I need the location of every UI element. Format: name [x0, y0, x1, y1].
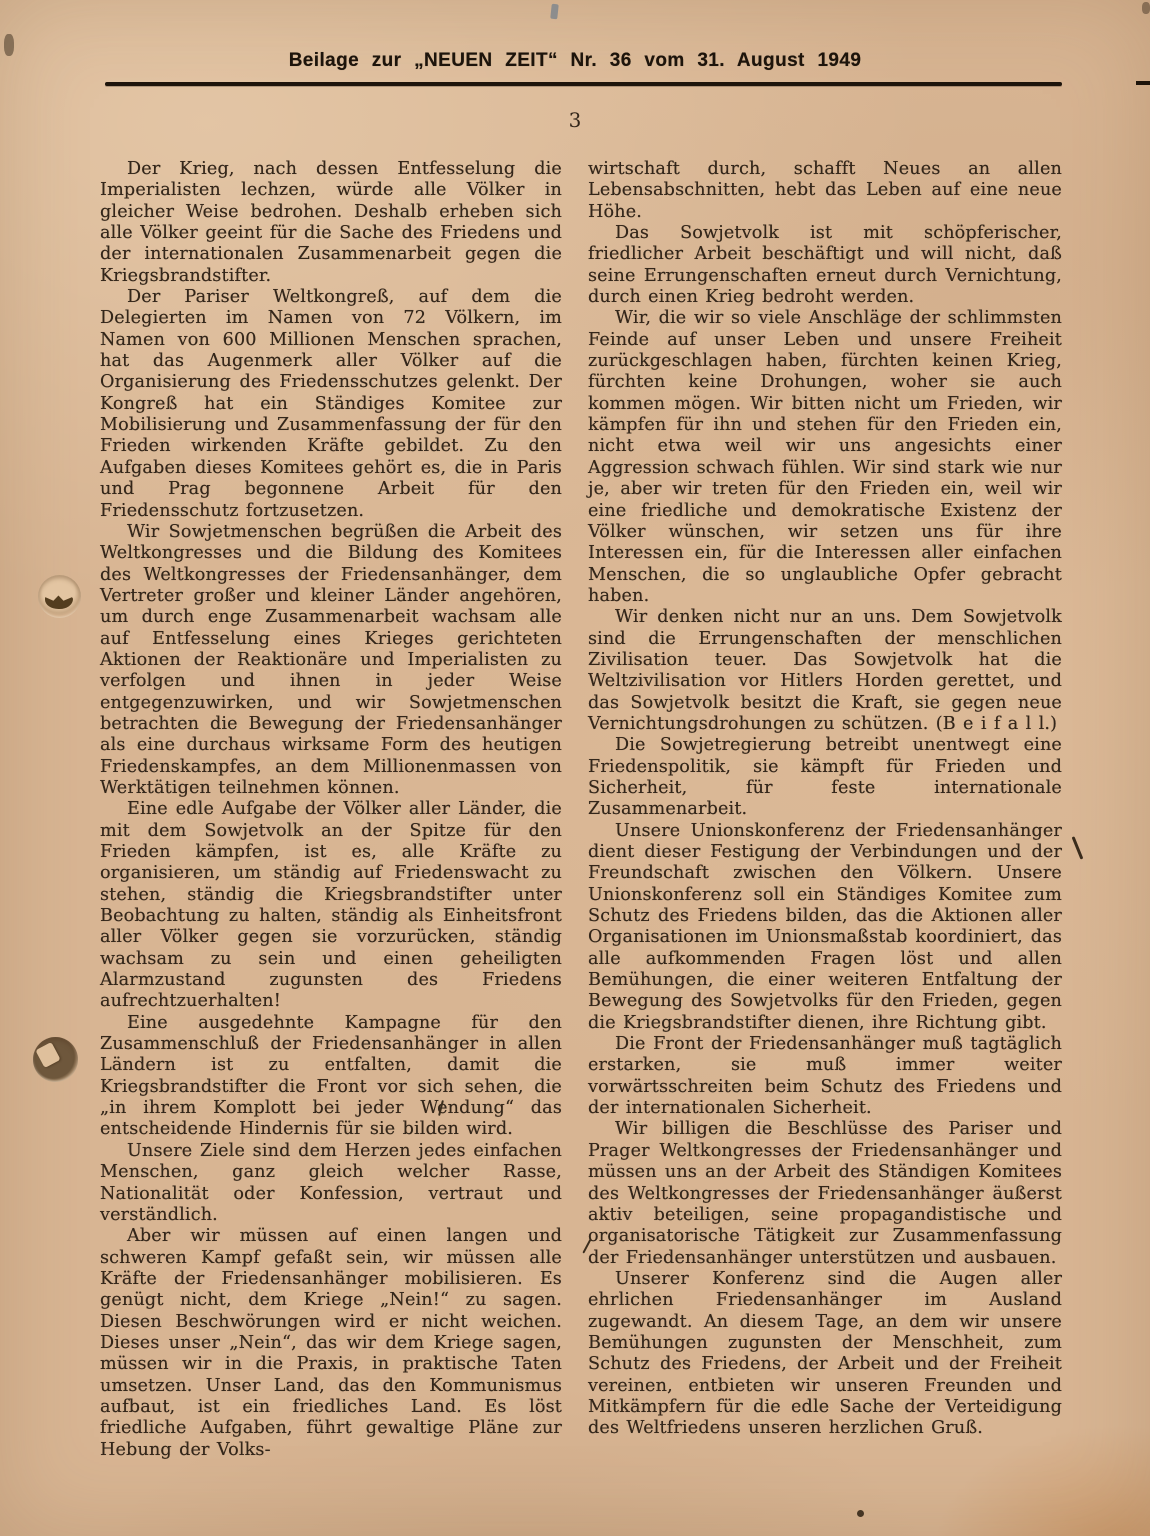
header-rule-fragment — [1136, 81, 1150, 85]
pencil-backslash-mark — [1072, 836, 1083, 859]
paragraph: Wir denken nicht nur an uns. Dem Sowjetv… — [588, 607, 1062, 735]
scan-edge-speck — [1142, 2, 1150, 14]
paragraph-continuation: wirtschaft durch, schafft Neues an allen… — [588, 159, 1062, 223]
text-column-left: Der Krieg, nach dessen Entfesselung die … — [100, 159, 562, 1461]
punch-hole-top — [38, 575, 81, 618]
paragraph: Unserer Konferenz sind die Augen aller e… — [588, 1269, 1062, 1440]
paragraph: Die Sowjetregierung betreibt unentwegt e… — [588, 735, 1062, 820]
text-column-right: wirtschaft durch, schafft Neues an allen… — [588, 159, 1062, 1440]
header-rule — [105, 82, 1062, 86]
masthead: Beilage zur „NEUEN ZEIT“ Nr. 36 vom 31. … — [0, 50, 1150, 72]
paragraph: Die Front der Friedensanhänger muß tagtä… — [588, 1034, 1062, 1119]
ink-dot — [857, 1510, 864, 1517]
paragraph: Eine edle Aufgabe der Völker aller Lände… — [100, 799, 562, 1012]
paragraph: Unsere Unionskonferenz der Friedensanhän… — [588, 821, 1062, 1034]
paragraph: Das Sowjetvolk ist mit schöpferischer, f… — [588, 223, 1062, 308]
paragraph: Eine ausgedehnte Kampagne für den Zusamm… — [100, 1013, 562, 1141]
paragraph: Der Pariser Weltkongreß, auf dem die Del… — [100, 287, 562, 522]
paragraph: Der Krieg, nach dessen Entfesselung die … — [100, 159, 562, 287]
page-number: 3 — [0, 108, 1150, 132]
scanned-document-page: Beilage zur „NEUEN ZEIT“ Nr. 36 vom 31. … — [0, 0, 1150, 1536]
paragraph: Aber wir müssen auf einen langen und sch… — [100, 1226, 562, 1461]
paragraph: Wir billigen die Beschlüsse des Pariser … — [588, 1119, 1062, 1268]
paragraph: Wir, die wir so viele Anschläge der schl… — [588, 308, 1062, 607]
paragraph: Unsere Ziele sind dem Herzen jedes einfa… — [100, 1141, 562, 1226]
punch-hole-bottom — [33, 1037, 78, 1082]
pencil-smudge — [550, 4, 559, 20]
paragraph: Wir Sowjetmenschen begrüßen die Arbeit d… — [100, 522, 562, 799]
